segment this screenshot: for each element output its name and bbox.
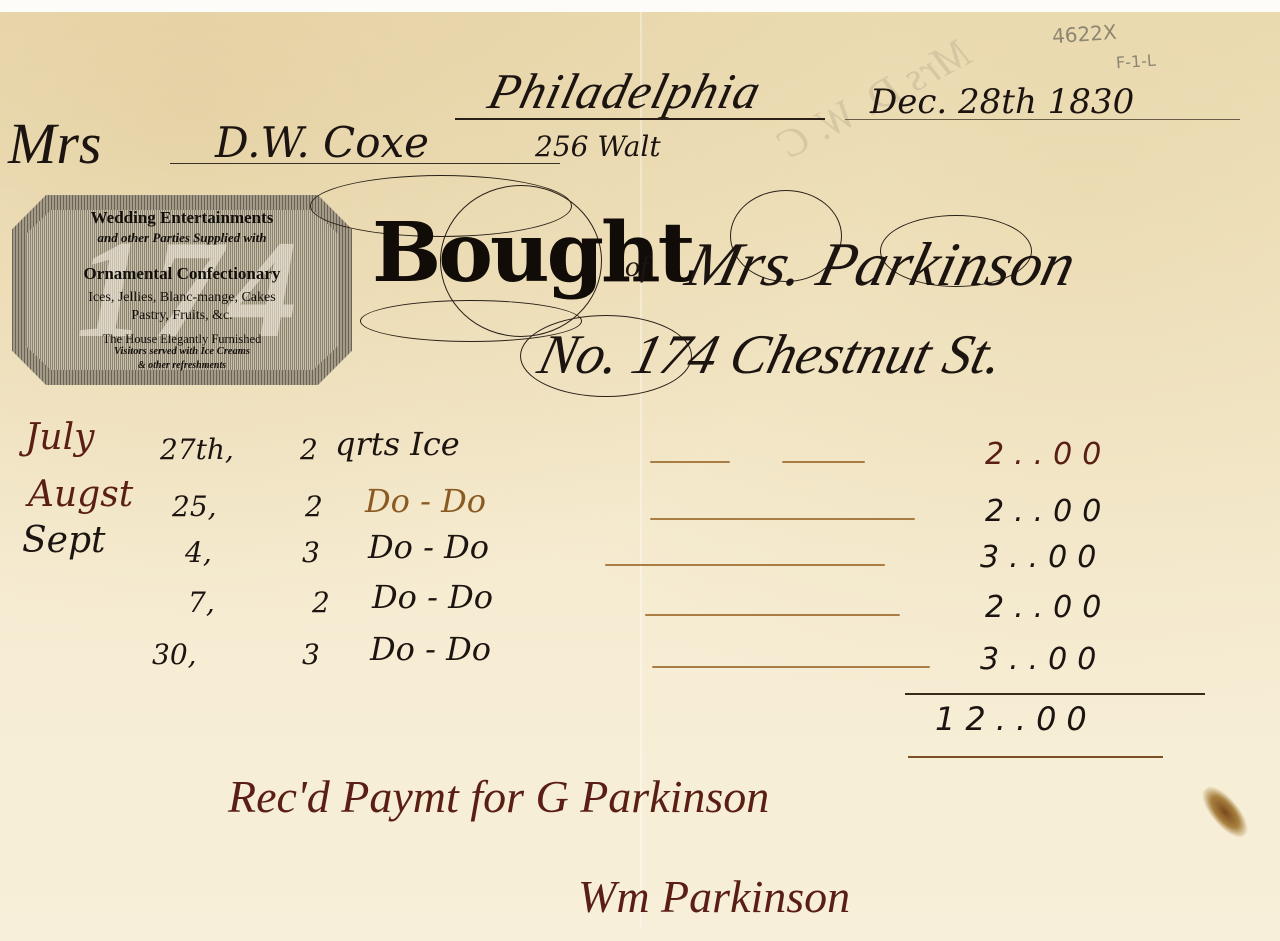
item-amount: 3..00 bbox=[980, 642, 1106, 677]
seller-name: Mrs. Parkinson bbox=[679, 230, 1082, 301]
vignette-line: Pastry, Fruits, &c. bbox=[26, 308, 338, 324]
vignette-line: and other Parties Supplied with bbox=[26, 230, 338, 246]
receipt-note: Rec'd Paymt for G Parkinson bbox=[228, 770, 769, 823]
item-day: 7, bbox=[188, 586, 215, 619]
pencil-note-folder: F-1-L bbox=[1115, 51, 1156, 73]
leader-line bbox=[650, 518, 915, 520]
seller-address: No. 174 Chestnut St. bbox=[532, 323, 1010, 387]
vignette-line: Ices, Jellies, Blanc-mange, Cakes bbox=[26, 290, 338, 306]
item-amount: 2..00 bbox=[985, 590, 1111, 625]
item-description: Do - Do bbox=[370, 630, 491, 668]
item-amount: 3..00 bbox=[980, 540, 1106, 575]
item-quantity: 3 bbox=[302, 638, 320, 671]
city-flourish-line bbox=[455, 118, 825, 120]
signature: Wm Parkinson bbox=[578, 870, 850, 923]
pencil-note-catalog: 4622X bbox=[1051, 20, 1117, 48]
subtotal-rule bbox=[905, 693, 1205, 695]
vignette-line: Visitors served with Ice Creams bbox=[26, 346, 338, 357]
item-day: 4, bbox=[185, 536, 212, 569]
item-month: July bbox=[25, 417, 94, 458]
leader-line bbox=[605, 564, 885, 566]
vignette-line: Wedding Entertainments bbox=[26, 208, 338, 228]
item-day: 27th, bbox=[160, 433, 234, 466]
item-description: Do - Do bbox=[368, 528, 489, 566]
item-month: Sept bbox=[22, 520, 105, 561]
item-day: 30, bbox=[152, 638, 197, 671]
vignette-line: The House Elegantly Furnished bbox=[26, 332, 338, 347]
city-heading: Philadelphia bbox=[483, 62, 768, 120]
item-amount: 2..00 bbox=[985, 437, 1111, 472]
leader-line bbox=[652, 666, 930, 668]
of-label: of bbox=[625, 250, 648, 284]
customer-name: D.W. Coxe bbox=[215, 118, 429, 167]
customer-prefix: Mrs bbox=[8, 110, 101, 177]
vignette-line: Ornamental Confectionary bbox=[26, 264, 338, 284]
item-amount: 2..00 bbox=[985, 494, 1111, 529]
item-quantity: 2 bbox=[305, 490, 323, 523]
item-day: 25, bbox=[172, 490, 217, 523]
leader-line bbox=[645, 614, 900, 616]
vignette-line: & other refreshments bbox=[26, 360, 338, 371]
item-quantity: 2 bbox=[312, 586, 330, 619]
bill-total: 12..00 bbox=[935, 700, 1097, 738]
leader-line bbox=[782, 461, 865, 463]
leader-line bbox=[650, 461, 730, 463]
item-description: Do - Do bbox=[365, 482, 486, 520]
item-description: Do - Do bbox=[372, 578, 493, 616]
item-description: qrts Ice bbox=[335, 425, 460, 463]
item-quantity: 2 bbox=[300, 433, 318, 466]
item-quantity: 3 bbox=[302, 536, 320, 569]
customer-address: 256 Walt bbox=[535, 130, 661, 163]
customer-rule bbox=[170, 163, 560, 164]
total-rule bbox=[908, 756, 1163, 758]
bill-date: Dec. 28th 1830 bbox=[870, 82, 1134, 122]
item-month: Augst bbox=[28, 474, 133, 515]
